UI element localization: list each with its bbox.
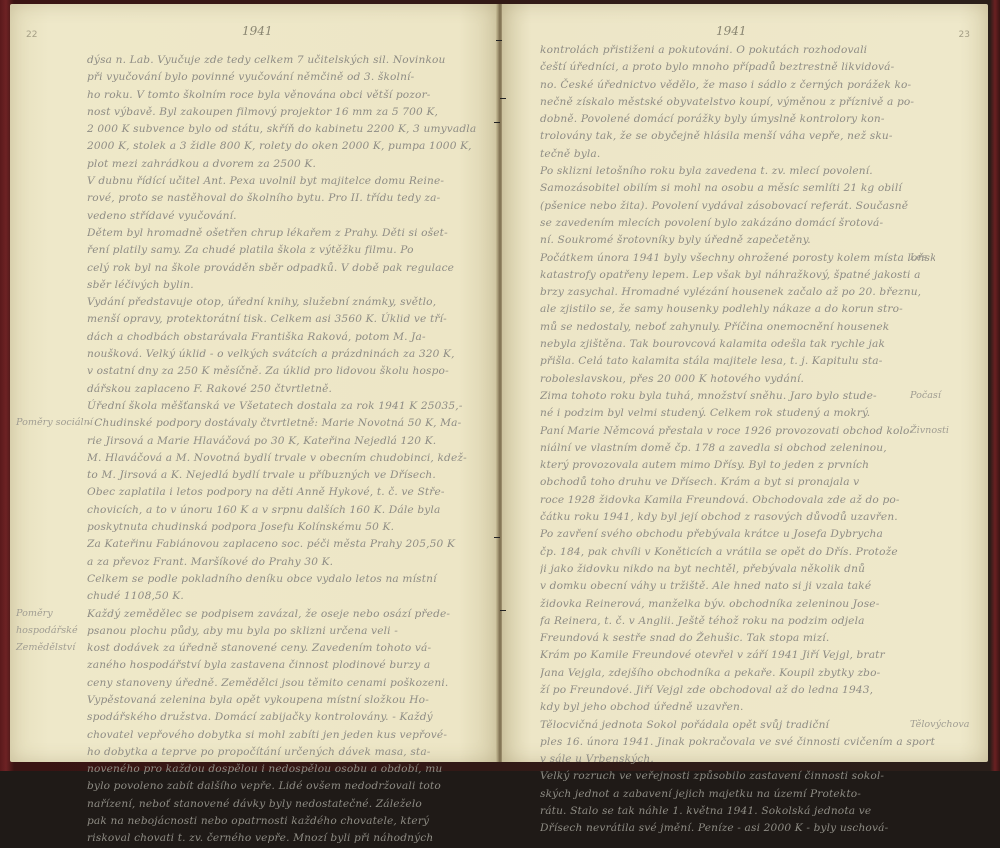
text-line: spodářského družstva. Domácí zabijačky k…	[87, 709, 482, 726]
margin-note: Zemědělství	[16, 642, 75, 653]
text-line: V dubnu řídící učitel Ant. Pexa uvolnil …	[87, 173, 482, 190]
text-line: Freundová k sestře snad do Žehušic. Tak …	[540, 630, 935, 647]
text-line: ji jako židovku nikdo na byt nechtěl, př…	[540, 561, 935, 578]
text-line: rie Jirsová a Marie Hlaváčová po 30 K, K…	[87, 433, 482, 450]
text-line: Dětem byl hromadně ošetřen chrup lékařem…	[87, 225, 482, 242]
text-line: vedeno střídavé vyučování.	[87, 208, 482, 225]
text-line: ho roku. V tomto školním roce byla věnov…	[87, 87, 482, 104]
text-line: Vypěstovaná zelenina byla opět vykoupena…	[87, 692, 482, 709]
right-page: 23 1941 kontrolách přistiženi a pokutová…	[502, 4, 988, 762]
text-line: ží po Freundové. Jiří Vejgl zde obchodov…	[540, 682, 935, 699]
text-line: čátku roku 1941, kdy byl její obchod z r…	[540, 509, 935, 526]
page-edge-tick	[500, 98, 506, 99]
page-edge-tick	[500, 610, 506, 611]
text-line: né i podzim byl velmi studený. Celkem ro…	[540, 405, 935, 422]
text-line: ní. Soukromé šrotovníky byly úředně zape…	[540, 232, 935, 249]
text-line: Jana Vejgla, zdejšího obchodníka a pekař…	[540, 665, 935, 682]
text-line: a za převoz Frant. Maršíkové do Prahy 30…	[87, 554, 482, 571]
text-line: zaného hospodářství byla zastavena činno…	[87, 657, 482, 674]
text-line: Za Kateřinu Fabiánovou zaplaceno soc. pé…	[87, 536, 482, 553]
text-line: při vyučování bylo povinné vyučování něm…	[87, 69, 482, 86]
text-line: noveného pro každou dospělou i nedospělo…	[87, 761, 482, 771]
margin-note: Počasí	[910, 390, 941, 401]
text-line: dýsa n. Lab. Vyučuje zde tedy celkem 7 u…	[87, 52, 482, 69]
text-line: Zima tohoto roku byla tuhá, množství sně…	[540, 388, 935, 405]
text-line: kontrolách přistiženi a pokutováni. O po…	[540, 42, 935, 59]
text-line: čp. 184, pak chvíli v Koněticích a vráti…	[540, 544, 935, 561]
text-line: kost dodávek za úředně stanovené ceny. Z…	[87, 640, 482, 657]
page-edge-tick	[496, 40, 502, 41]
handwritten-text-left: dýsa n. Lab. Vyučuje zde tedy celkem 7 u…	[87, 52, 482, 771]
text-line: noušková. Velký úklid - o velkých svátcí…	[87, 346, 482, 363]
text-line: mů se nedostaly, neboť zahynuly. Příčina…	[540, 319, 935, 336]
text-line: roboleslavskou, přes 20 000 K hotového v…	[540, 371, 935, 388]
text-line: to M. Jirsová a K. Nejedlá bydlí trvale …	[87, 467, 482, 484]
handwritten-text-right: kontrolách přistiženi a pokutováni. O po…	[540, 42, 935, 771]
margin-note: Poměry	[16, 608, 53, 619]
text-line: brzy zasychal. Hromadné vylézání housene…	[540, 284, 935, 301]
text-line: židovka Reinerová, manželka býv. obchodn…	[540, 596, 935, 613]
year-header-left: 1941	[242, 24, 273, 38]
text-line: Tělocvičná jednota Sokol pořádala opět s…	[540, 717, 935, 734]
text-line: (pšenice nebo žita). Povolení vydával zá…	[540, 198, 935, 215]
text-line: poskytnuta chudinská podpora Josefu Kolí…	[87, 519, 482, 536]
text-line: Každý zemědělec se podpisem zavázal, že …	[87, 606, 482, 623]
text-line: niální ve vlastním domě čp. 178 a zavedl…	[540, 440, 935, 457]
page-number-left: 22	[26, 30, 37, 40]
text-line: Celkem se podle pokladního deníku obce v…	[87, 571, 482, 588]
text-line: 2000 K, stolek a 3 židle 800 K, rolety d…	[87, 138, 482, 155]
text-line: ples 16. února 1941. Jinak pokračovala v…	[540, 734, 935, 751]
text-line: dářskou zaplaceno F. Rakové 250 čtvrtlet…	[87, 381, 482, 398]
text-line: tečně byla.	[540, 146, 935, 163]
text-line: nebyla zjištěna. Tak bourovcová kalamita…	[540, 336, 935, 353]
text-line: roce 1928 židovka Kamila Freundová. Obch…	[540, 492, 935, 509]
text-line: chudé 1108,50 K.	[87, 588, 482, 605]
margin-note: hospodářské	[16, 625, 78, 636]
margin-note: Poměry sociální	[16, 417, 93, 428]
text-line: se zavedením mlecích povolení bylo zakáz…	[540, 215, 935, 232]
text-line: - Chudinské podpory dostávaly čtvrtletně…	[87, 415, 482, 432]
text-line: Samozásobitel obilím si mohl na osobu a …	[540, 180, 935, 197]
text-line: rové, proto se nastěhoval do školního by…	[87, 190, 482, 207]
text-line: 2 000 K subvence bylo od státu, skříň do…	[87, 121, 482, 138]
text-line: dách a chodbách obstarávala Františka Ra…	[87, 329, 482, 346]
chronicle-book: 22 1941 dýsa n. Lab. Vyučuje zde tedy ce…	[0, 0, 1000, 771]
text-line: v sále u Vrbenských.	[540, 751, 935, 768]
text-line: trolovány tak, že se obyčejně hlásila me…	[540, 128, 935, 145]
text-line: v ostatní dny za 250 K měsíčně. Za úklid…	[87, 363, 482, 380]
text-line: Po sklizni letošního roku byla zavedena …	[540, 163, 935, 180]
margin-note: Živnosti	[910, 425, 949, 436]
margin-note: Les	[910, 252, 927, 263]
text-line: Vydání představuje otop, úřední knihy, s…	[87, 294, 482, 311]
text-line: sběr léčivých bylin.	[87, 277, 482, 294]
text-line: menší opravy, protektorátní tisk. Celkem…	[87, 311, 482, 328]
page-edge-tick	[494, 122, 500, 123]
text-line: nečně získalo městské obyvatelstvo koupí…	[540, 94, 935, 111]
text-line: v domku obecní váhy u tržiště. Ale hned …	[540, 578, 935, 595]
text-line: ření platily samy. Za chudé platila škol…	[87, 242, 482, 259]
text-line: čeští úředníci, a proto bylo mnoho přípa…	[540, 59, 935, 76]
text-line: psanou plochu půdy, aby mu byla po skliz…	[87, 623, 482, 640]
text-line: Počátkem února 1941 byly všechny ohrožen…	[540, 250, 935, 267]
text-line: ceny stanoveny úředně. Zemědělci jsou tě…	[87, 675, 482, 692]
text-line: celý rok byl na škole prováděn sběr odpa…	[87, 260, 482, 277]
text-line: dobně. Povolené domácí porážky byly úmys…	[540, 111, 935, 128]
text-line: kdy byl jeho obchod úředně uzavřen.	[540, 699, 935, 716]
margin-note: Tělovýchova	[910, 719, 969, 730]
text-line: Paní Marie Němcová přestala v roce 1926 …	[540, 423, 935, 440]
text-line: ho dobytka a teprve po propočítání určen…	[87, 744, 482, 761]
text-line: katastrofy opatřeny lepem. Lep však byl …	[540, 267, 935, 284]
text-line: chovicích, a to v únoru 160 K a v srpnu …	[87, 502, 482, 519]
text-line: obchodů toho druhu ve Dřísech. Krám a by…	[540, 474, 935, 491]
text-line: který provozovala autem mimo Dřísy. Byl …	[540, 457, 935, 474]
text-line: Obec zaplatila i letos podpory na děti A…	[87, 484, 482, 501]
text-line: nost výbavě. Byl zakoupen filmový projek…	[87, 104, 482, 121]
left-page: 22 1941 dýsa n. Lab. Vyučuje zde tedy ce…	[10, 4, 498, 762]
page-number-right: 23	[959, 30, 970, 40]
year-header-right: 1941	[716, 24, 747, 38]
text-line: no. České úřednictvo vědělo, že maso i s…	[540, 77, 935, 94]
text-line: Úřední škola měšťanská ve Všetatech dost…	[87, 398, 482, 415]
book-cover-edge	[990, 0, 1000, 771]
text-line: M. Hlaváčová a M. Novotná bydlí trvale v…	[87, 450, 482, 467]
text-line: Krám po Kamile Freundové otevřel v září …	[540, 647, 935, 664]
text-line: ale zjistilo se, že samy housenky podleh…	[540, 301, 935, 318]
text-line: Po zavření svého obchodu přebývala krátc…	[540, 526, 935, 543]
page-edge-tick	[494, 537, 500, 538]
text-line: chovatel vepřového dobytka si mohl zabít…	[87, 727, 482, 744]
text-line: plot mezi zahrádkou a dvorem za 2500 K.	[87, 156, 482, 173]
text-line: přišla. Celá tato kalamita stála majitel…	[540, 353, 935, 370]
text-line: fa Reinera, t. č. v Anglii. Ještě téhož …	[540, 613, 935, 630]
